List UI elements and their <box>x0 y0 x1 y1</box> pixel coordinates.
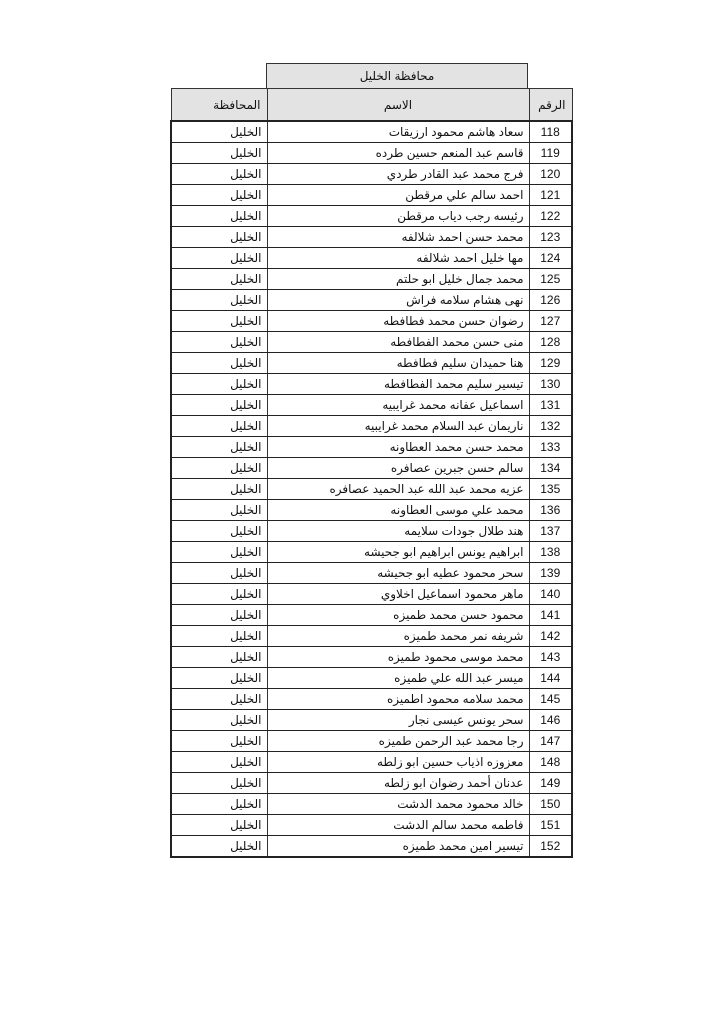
cell-name: مها خليل احمد شلالفه <box>267 248 529 269</box>
table-row: الخليلمها خليل احمد شلالفه124 <box>171 248 572 269</box>
cell-name: محمد حسن احمد شلالفه <box>267 227 529 248</box>
table-body: الخليلسعاد هاشم محمود ارزيقات118الخليلقا… <box>171 121 572 857</box>
cell-number: 126 <box>529 290 572 311</box>
cell-name: سعاد هاشم محمود ارزيقات <box>267 121 529 143</box>
cell-name: محمد موسى محمود طميزه <box>267 647 529 668</box>
cell-name: خالد محمود محمد الدشت <box>267 794 529 815</box>
cell-governorate: الخليل <box>171 584 267 605</box>
cell-governorate: الخليل <box>171 731 267 752</box>
table-row: الخليلميسر عبد الله علي طميزه144 <box>171 668 572 689</box>
cell-name: رضوان حسن محمد فطافطه <box>267 311 529 332</box>
cell-number: 131 <box>529 395 572 416</box>
cell-governorate: الخليل <box>171 710 267 731</box>
cell-name: محمد حسن محمد العطاونه <box>267 437 529 458</box>
cell-name: قاسم عبد المنعم حسين طرده <box>267 143 529 164</box>
cell-number: 132 <box>529 416 572 437</box>
cell-number: 130 <box>529 374 572 395</box>
table-row: الخليلرجا محمد عبد الرحمن طميزه147 <box>171 731 572 752</box>
header-row: المحافظة الاسم الرقم <box>171 89 572 122</box>
roster-table: المحافظة الاسم الرقم الخليلسعاد هاشم محم… <box>170 88 573 858</box>
cell-governorate: الخليل <box>171 416 267 437</box>
table-row: الخليلمنى حسن محمد الفطافطه128 <box>171 332 572 353</box>
cell-governorate: الخليل <box>171 248 267 269</box>
cell-name: اسماعيل عفانه محمد غرايبيه <box>267 395 529 416</box>
column-header-governorate: المحافظة <box>171 89 267 122</box>
cell-governorate: الخليل <box>171 437 267 458</box>
table-row: الخليلعدنان أحمد رضوان ابو زلطه149 <box>171 773 572 794</box>
table-row: الخليلسحر محمود عطيه ابو جحيشه139 <box>171 563 572 584</box>
cell-number: 129 <box>529 353 572 374</box>
cell-number: 150 <box>529 794 572 815</box>
cell-number: 118 <box>529 121 572 143</box>
cell-number: 139 <box>529 563 572 584</box>
table-row: الخليلهنا حميدان سليم فطافطه129 <box>171 353 572 374</box>
cell-governorate: الخليل <box>171 794 267 815</box>
cell-name: عزيه محمد عبد الله عبد الحميد عصافره <box>267 479 529 500</box>
cell-number: 135 <box>529 479 572 500</box>
cell-name: محمد جمال خليل ابو حلتم <box>267 269 529 290</box>
table-title: محافظة الخليل <box>266 63 528 88</box>
cell-governorate: الخليل <box>171 185 267 206</box>
table-row: الخليلتيسير سليم محمد الفطافطه130 <box>171 374 572 395</box>
cell-governorate: الخليل <box>171 374 267 395</box>
table-row: الخليلسعاد هاشم محمود ارزيقات118 <box>171 121 572 143</box>
table-row: الخليلرئيسه رجب دياب مرقطن122 <box>171 206 572 227</box>
cell-name: تيسير امين محمد طميزه <box>267 836 529 858</box>
cell-number: 119 <box>529 143 572 164</box>
table-row: الخليلسحر يونس عيسى نجار146 <box>171 710 572 731</box>
cell-name: محمود حسن محمد طميزه <box>267 605 529 626</box>
cell-number: 127 <box>529 311 572 332</box>
cell-number: 125 <box>529 269 572 290</box>
column-header-number: الرقم <box>529 89 572 122</box>
cell-number: 133 <box>529 437 572 458</box>
table-row: الخليلمعزوزه اذياب حسين ابو زلطه148 <box>171 752 572 773</box>
cell-governorate: الخليل <box>171 563 267 584</box>
cell-number: 122 <box>529 206 572 227</box>
cell-number: 143 <box>529 647 572 668</box>
cell-name: منى حسن محمد الفطافطه <box>267 332 529 353</box>
table-row: الخليلمحمد حسن احمد شلالفه123 <box>171 227 572 248</box>
column-header-name: الاسم <box>267 89 529 122</box>
cell-name: سحر محمود عطيه ابو جحيشه <box>267 563 529 584</box>
cell-governorate: الخليل <box>171 479 267 500</box>
table-row: الخليلاحمد سالم علي مرقطن121 <box>171 185 572 206</box>
cell-name: تيسير سليم محمد الفطافطه <box>267 374 529 395</box>
cell-number: 144 <box>529 668 572 689</box>
cell-number: 142 <box>529 626 572 647</box>
cell-number: 141 <box>529 605 572 626</box>
cell-number: 148 <box>529 752 572 773</box>
cell-name: هند طلال جودات سلايمه <box>267 521 529 542</box>
cell-governorate: الخليل <box>171 626 267 647</box>
table-row: الخليلمحمد سلامه محمود اطميزه145 <box>171 689 572 710</box>
table-row: الخليلاسماعيل عفانه محمد غرايبيه131 <box>171 395 572 416</box>
cell-governorate: الخليل <box>171 206 267 227</box>
cell-governorate: الخليل <box>171 773 267 794</box>
table-row: الخليلقاسم عبد المنعم حسين طرده119 <box>171 143 572 164</box>
cell-name: محمد سلامه محمود اطميزه <box>267 689 529 710</box>
table-row: الخليلمحمد حسن محمد العطاونه133 <box>171 437 572 458</box>
document-page: محافظة الخليل المحافظة الاسم الرقم الخلي… <box>0 0 724 1024</box>
cell-number: 134 <box>529 458 572 479</box>
cell-name: ميسر عبد الله علي طميزه <box>267 668 529 689</box>
cell-name: سالم حسن جبرين عصافره <box>267 458 529 479</box>
cell-governorate: الخليل <box>171 395 267 416</box>
cell-governorate: الخليل <box>171 689 267 710</box>
cell-governorate: الخليل <box>171 521 267 542</box>
table-row: الخليلرضوان حسن محمد فطافطه127 <box>171 311 572 332</box>
cell-governorate: الخليل <box>171 311 267 332</box>
cell-name: نهى هشام سلامه فراش <box>267 290 529 311</box>
cell-name: ابراهيم يونس ابراهيم ابو جحيشه <box>267 542 529 563</box>
table-row: الخليلناريمان عبد السلام محمد غرايبيه132 <box>171 416 572 437</box>
cell-governorate: الخليل <box>171 605 267 626</box>
cell-name: شريفه نمر محمد طميزه <box>267 626 529 647</box>
table-row: الخليلسالم حسن جبرين عصافره134 <box>171 458 572 479</box>
table-row: الخليلمحمد علي موسى العطاونه136 <box>171 500 572 521</box>
cell-governorate: الخليل <box>171 353 267 374</box>
cell-number: 147 <box>529 731 572 752</box>
table-row: الخليلشريفه نمر محمد طميزه142 <box>171 626 572 647</box>
cell-governorate: الخليل <box>171 269 267 290</box>
table-row: الخليلهند طلال جودات سلايمه137 <box>171 521 572 542</box>
cell-governorate: الخليل <box>171 500 267 521</box>
cell-name: معزوزه اذياب حسين ابو زلطه <box>267 752 529 773</box>
cell-name: فاطمه محمد سالم الدشت <box>267 815 529 836</box>
cell-number: 123 <box>529 227 572 248</box>
cell-number: 140 <box>529 584 572 605</box>
table-row: الخليلتيسير امين محمد طميزه152 <box>171 836 572 858</box>
cell-number: 121 <box>529 185 572 206</box>
cell-number: 151 <box>529 815 572 836</box>
cell-governorate: الخليل <box>171 121 267 143</box>
cell-name: محمد علي موسى العطاونه <box>267 500 529 521</box>
cell-governorate: الخليل <box>171 290 267 311</box>
cell-governorate: الخليل <box>171 647 267 668</box>
cell-number: 124 <box>529 248 572 269</box>
cell-name: رجا محمد عبد الرحمن طميزه <box>267 731 529 752</box>
table-row: الخليلفرج محمد عبد القادر طردي120 <box>171 164 572 185</box>
table-row: الخليلعزيه محمد عبد الله عبد الحميد عصاف… <box>171 479 572 500</box>
cell-number: 138 <box>529 542 572 563</box>
table-row: الخليلنهى هشام سلامه فراش126 <box>171 290 572 311</box>
table-row: الخليلخالد محمود محمد الدشت150 <box>171 794 572 815</box>
cell-governorate: الخليل <box>171 332 267 353</box>
cell-name: ماهر محمود اسماعيل اخلاوي <box>267 584 529 605</box>
cell-number: 120 <box>529 164 572 185</box>
table-row: الخليلفاطمه محمد سالم الدشت151 <box>171 815 572 836</box>
cell-name: رئيسه رجب دياب مرقطن <box>267 206 529 227</box>
cell-governorate: الخليل <box>171 836 267 858</box>
cell-name: احمد سالم علي مرقطن <box>267 185 529 206</box>
cell-number: 137 <box>529 521 572 542</box>
cell-name: فرج محمد عبد القادر طردي <box>267 164 529 185</box>
cell-governorate: الخليل <box>171 143 267 164</box>
cell-governorate: الخليل <box>171 542 267 563</box>
cell-number: 149 <box>529 773 572 794</box>
cell-governorate: الخليل <box>171 458 267 479</box>
cell-governorate: الخليل <box>171 164 267 185</box>
cell-number: 136 <box>529 500 572 521</box>
table-row: الخليلابراهيم يونس ابراهيم ابو جحيشه138 <box>171 542 572 563</box>
table-row: الخليلمحمد جمال خليل ابو حلتم125 <box>171 269 572 290</box>
cell-name: هنا حميدان سليم فطافطه <box>267 353 529 374</box>
table-row: الخليلمحمد موسى محمود طميزه143 <box>171 647 572 668</box>
cell-number: 145 <box>529 689 572 710</box>
cell-name: عدنان أحمد رضوان ابو زلطه <box>267 773 529 794</box>
cell-name: سحر يونس عيسى نجار <box>267 710 529 731</box>
cell-governorate: الخليل <box>171 752 267 773</box>
cell-governorate: الخليل <box>171 815 267 836</box>
cell-name: ناريمان عبد السلام محمد غرايبيه <box>267 416 529 437</box>
cell-number: 146 <box>529 710 572 731</box>
cell-number: 152 <box>529 836 572 858</box>
cell-governorate: الخليل <box>171 668 267 689</box>
table-row: الخليلماهر محمود اسماعيل اخلاوي140 <box>171 584 572 605</box>
cell-number: 128 <box>529 332 572 353</box>
table-row: الخليلمحمود حسن محمد طميزه141 <box>171 605 572 626</box>
cell-governorate: الخليل <box>171 227 267 248</box>
